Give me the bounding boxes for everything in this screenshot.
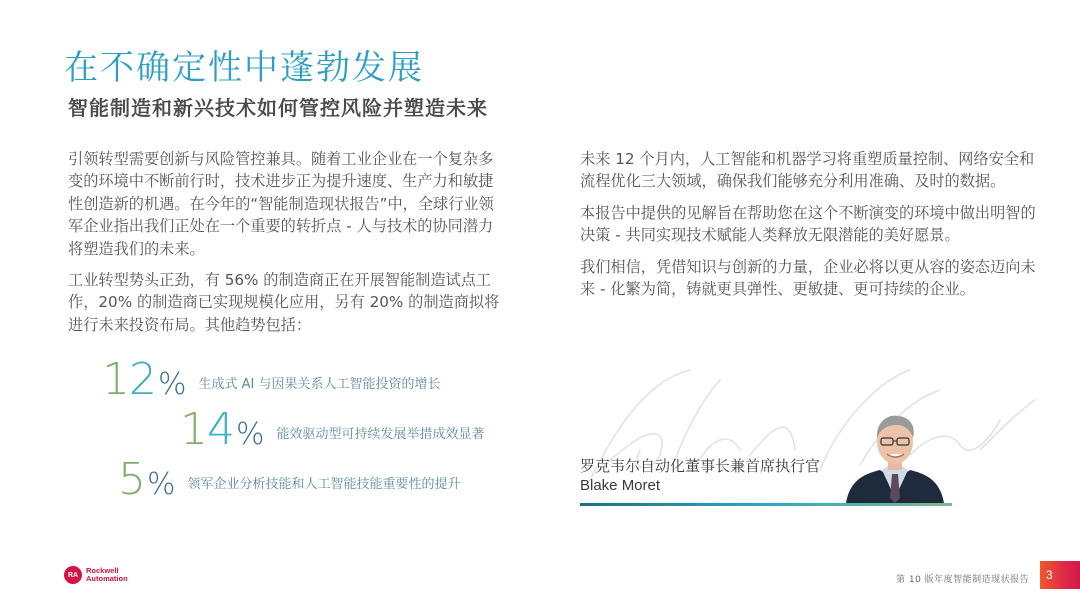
accent-divider <box>580 503 952 506</box>
report-name: 第 10 版年度智能制造现状报告 <box>896 572 1029 585</box>
right-column: 未来 12 个月内，人工智能和机器学习将重塑质量控制、网络安全和流程优化三大领域… <box>580 148 1040 309</box>
percent-sign: % <box>147 468 176 502</box>
percent-sign: % <box>236 418 265 452</box>
percent-sign: % <box>158 368 187 402</box>
stat-item: 12 % 生成式 AI 与因果关系人工智能投资的增长 <box>102 358 441 402</box>
ceo-caption: 罗克韦尔自动化董事长兼首席执行官 Blake Moret <box>580 456 820 496</box>
left-column: 引领转型需要创新与风险管控兼具。随着工业企业在一个复杂多变的环境中不断前行时，技… <box>68 148 508 345</box>
trend-paragraph: 工业转型势头正劲，有 56% 的制造商正在开展智能制造试点工作，20% 的制造商… <box>68 269 508 336</box>
stat-value: 5 <box>118 458 145 502</box>
stat-label: 领军企业分析技能和人工智能技能重要性的提升 <box>188 473 461 502</box>
ai-paragraph: 未来 12 个月内，人工智能和机器学习将重塑质量控制、网络安全和流程优化三大领域… <box>580 148 1040 193</box>
stat-item: 14 % 能效驱动型可持续发展举措成效显著 <box>180 408 485 452</box>
ceo-name: Blake Moret <box>580 476 820 496</box>
stat-value: 12 <box>102 358 156 402</box>
logo-line-2: Automation <box>86 575 128 583</box>
stat-value: 14 <box>180 408 234 452</box>
stat-label: 能效驱动型可持续发展举措成效显著 <box>277 423 485 452</box>
stat-item: 5 % 领军企业分析技能和人工智能技能重要性的提升 <box>118 458 461 502</box>
ceo-portrait <box>842 408 948 503</box>
stat-label: 生成式 AI 与因果关系人工智能投资的增长 <box>199 373 441 402</box>
page-subtitle: 智能制造和新兴技术如何管控风险并塑造未来 <box>68 94 488 122</box>
insight-paragraph: 本报告中提供的见解旨在帮助您在这个不断演变的环境中做出明智的决策 - 共同实现技… <box>580 202 1040 247</box>
portrait-illustration-icon <box>842 408 948 503</box>
rockwell-logo: RA Rockwell Automation <box>64 566 128 584</box>
intro-paragraph: 引领转型需要创新与风险管控兼具。随着工业企业在一个复杂多变的环境中不断前行时，技… <box>68 148 508 260</box>
ceo-title: 罗克韦尔自动化董事长兼首席执行官 <box>580 456 820 476</box>
ra-logo-icon: RA <box>64 566 82 584</box>
belief-paragraph: 我们相信，凭借知识与创新的力量，企业必将以更从容的姿态迈向未来 - 化繁为简，铸… <box>580 256 1040 301</box>
page-title: 在不确定性中蓬勃发展 <box>64 46 424 90</box>
page-number: 3 <box>1040 561 1080 589</box>
